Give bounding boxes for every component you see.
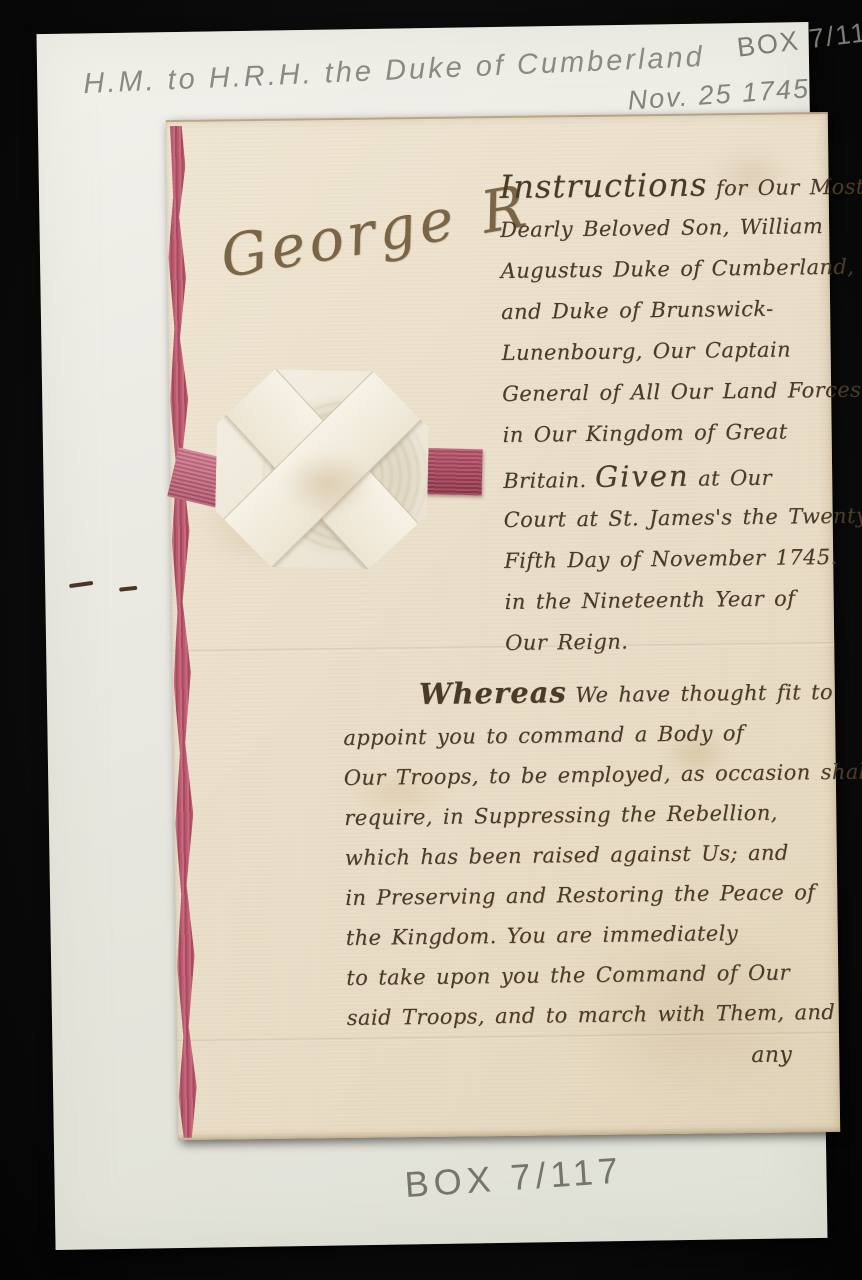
manuscript-line: Instructions for Our Most (499, 160, 830, 210)
manuscript-line: in Preserving and Restoring the Peace of (345, 872, 862, 918)
manuscript-line: Dearly Beloved Son, William (500, 206, 830, 251)
heading-word: Instructions (499, 165, 707, 206)
whereas-paragraph: Whereas We have thought fit to appoint y… (343, 666, 862, 1038)
britain-word: Britain. (503, 468, 587, 493)
paper-seal (214, 368, 430, 571)
manuscript-line: which has been raised against Us; and (345, 832, 862, 878)
box-reference-bottom: BOX 7/117 (403, 1149, 624, 1206)
whereas-rest: We have thought fit to (575, 680, 833, 707)
date-annotation: Nov. 25 1745 (627, 73, 811, 116)
manuscript-line: Fifth Day of November 1745. (504, 537, 834, 582)
manuscript-line: Whereas We have thought fit to (343, 666, 862, 718)
manuscript-line: to take upon you the Command of Our (346, 952, 862, 998)
box-reference-top: BOX 7/117 (735, 15, 862, 64)
manuscript-line: General of All Our Land Forces (502, 370, 832, 415)
manuscript-line: the Kingdom. You are immediately (346, 912, 862, 958)
given-rest: at Our (698, 466, 772, 491)
archival-photo: BOX 7/117 H.M. to H.R.H. the Duke of Cum… (0, 0, 862, 1280)
manuscript-line: Britain. Given at Our (503, 452, 834, 500)
manuscript-line: in Our Kingdom of Great (502, 411, 832, 456)
ink-mark (69, 581, 93, 588)
ribbon-segment-right (420, 448, 483, 495)
manuscript-line: Augustus Duke of Cumberland, (500, 247, 830, 292)
manuscript-line: appoint you to command a Body of (343, 712, 862, 758)
ink-mark (119, 586, 137, 592)
recipient-annotation: H.M. to H.R.H. the Duke of Cumberland (83, 41, 706, 101)
heading-rest: for Our Most (716, 175, 862, 201)
manuscript-page: George R Instructions for Our Most Dearl… (166, 112, 840, 1140)
manuscript-line: Our Troops, to be employed, as occasion … (344, 752, 862, 798)
manuscript-line: Court at St. James's the Twenty (503, 496, 833, 541)
manuscript-line: in the Nineteenth Year of (504, 578, 834, 623)
manuscript-line: and Duke of Brunswick- (501, 288, 831, 333)
manuscript-line: said Troops, and to march with Them, and (347, 992, 862, 1038)
manuscript-line: Lunenbourg, Our Captain (501, 329, 831, 374)
instructions-paragraph: Instructions for Our Most Dearly Beloved… (499, 160, 835, 664)
catchword: any (751, 1043, 792, 1068)
royal-signature: George R (216, 172, 535, 292)
given-word: Given (595, 459, 690, 494)
manuscript-line: require, in Suppressing the Rebellion, (344, 792, 862, 838)
manuscript-line: Our Reign. (505, 619, 835, 664)
whereas-word: Whereas (419, 675, 567, 711)
